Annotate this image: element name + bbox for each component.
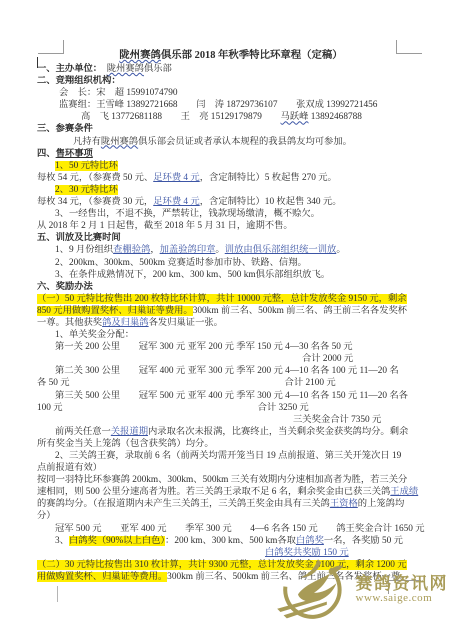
text-segment: 售环事项: [56, 149, 93, 159]
watermark-text: 赛鸽资讯网 www.saige.com: [356, 575, 452, 604]
text-segment: 马跃峰: [281, 112, 309, 122]
text-segment: 第三关 500 公里 冠军 500 元 亚军 400 元 季军 300 元 4—…: [55, 391, 408, 401]
doc-line: 所有奖金当关上笼鸽（包含获奖鸽）均分。: [37, 438, 425, 450]
text-segment: 加盖验鸽印章: [160, 245, 216, 255]
watermark-site-url: www.saige.com: [356, 593, 449, 605]
text-segment: 俱乐部会员证或者承认本规程的我县鸽友均可参加。: [138, 137, 352, 147]
text-segment: 从 2018 年 2 月 1 日起售，截至 2018 年 5 月 31 日，逾期…: [37, 221, 293, 231]
text-segment: 俱乐部 2018 年秋季特比环章程（定稿）: [161, 50, 343, 61]
text-segment: 300km 前三名、500km 前三名、鸽王前三名各发奖杯: [193, 306, 407, 316]
text-segment: 用做购置奖杯、归巢证等费用。: [37, 572, 167, 582]
text-segment: 各发归巢证一张。: [149, 318, 223, 328]
race-3-prizes: 第三关 500 公里 冠军 500 元 亚军 400 元 季军 300 元 4—…: [37, 390, 425, 402]
ring-item-3: 3、一经售出，不退不换，严禁转让，钱款现场缴清，概不赊欠。: [37, 208, 425, 220]
text-segment: 王资格: [330, 499, 358, 509]
doc-line: 从 2018 年 2 月 1 日起售，截至 2018 年 5 月 31 日，逾期…: [37, 220, 425, 232]
text-segment: 速相同，则 500 公里分速高者为胜。若三关鸽王录取不足 6 名，剩余奖金由已获…: [37, 487, 390, 497]
text-segment: ，含定制特比）5 枚起售 270 元。: [200, 173, 337, 183]
doc-line: 点前报道有效）: [37, 462, 425, 474]
text-segment: 三关奖金合计 7350 元: [293, 415, 381, 425]
section-4-heading: 四、售环事项: [37, 148, 425, 160]
pigeon-icon: [274, 556, 354, 624]
doc-line: 各 50 元合计 2100 元: [37, 377, 425, 389]
doc-line: 速相同，则 500 公里分速高者为胜。若三关鸽王录取不足 6 名，剩余奖金由已获…: [37, 486, 425, 498]
text-segment: 850 元用做购置奖杯、归巢证等费用。: [37, 306, 193, 316]
text-segment: 合计 2000 元: [302, 354, 353, 364]
text-segment: 一尊。其他获奖: [37, 318, 102, 328]
text-segment: 王成绩: [390, 487, 418, 497]
text-segment: 1、9 月份组织: [55, 245, 113, 255]
doc-line: 1、单关奖金分配：: [37, 329, 425, 341]
text-segment: 陇州赛鸽: [107, 64, 144, 74]
text-segment: 高 飞 13772681188 王 亮 15129179879: [81, 112, 281, 122]
text-segment: 四、: [37, 149, 56, 159]
text-segment: 各 50 元: [37, 378, 70, 388]
site-watermark: 赛鸽资讯网 www.saige.com: [274, 556, 452, 624]
text-segment: 每枚 34 元，（参赛费 30 元，: [37, 197, 153, 207]
text-segment: 一名，各奖励 50 元: [324, 536, 403, 546]
king-race-prizes: 冠军 500 元 亚军 400 元 季军 300 元 4—6 名各 150 元 …: [37, 523, 425, 535]
doc-line: 100 元合计 3250 元: [37, 402, 425, 414]
text-segment: 点前报道有效）: [37, 463, 102, 473]
text-segment: 按同一羽特比环参赛鸽 200km、300km、500km 三关有效期内分速相加高…: [37, 475, 407, 485]
text-segment: 2、三关鸽王赛，录取前 6 名（前两关均需开笼当日 19 点前报道、第三关开笼次…: [55, 451, 401, 461]
three-race-total: 三关奖金合计 7350 元: [37, 414, 425, 426]
text-segment: 3、一经售出，不退不换，严禁转让，钱款现场缴清，概不赊欠。: [55, 209, 320, 219]
watermark-site-name: 赛鸽资讯网: [356, 575, 449, 593]
text-segment: 冠军 500 元 亚军 400 元 季军 300 元 4—6 名各 150 元 …: [55, 524, 425, 534]
text-segment: 五、训放及比赛时间: [37, 233, 121, 243]
eligibility-line: 凡持有陇州赛鸽俱乐部会员证或者承认本规程的我县鸽友均可参加。: [37, 136, 425, 148]
doc-line: 3、在条件成熟情况下，200 km、300 km、500 km俱乐部组织放飞。: [37, 269, 425, 281]
text-segment: 的赛鸽均分。（在报道期内未产生三关鸽王，三关鸽王奖金由具有三关鸽: [37, 499, 330, 509]
text-segment: 训放由俱乐部组织统一训放: [225, 245, 337, 255]
doc-line: 850 元用做购置奖杯、归巢证等费用。300km 前三名、500km 前三名、鸽…: [37, 305, 425, 317]
doc-line: 前两关任意一关报道期内录取名次未报满，比赛终止，当关剩余奖金获奖鸽均分。剩余: [37, 426, 425, 438]
text-segment: （一）50 元特比按售出 200 枚特比环计算，共计 10000 元整，总计发放…: [37, 294, 407, 304]
text-segment: 1、50 元特比环: [55, 161, 118, 171]
text-segment: 关报道期: [111, 427, 148, 437]
text-segment: 三、参赛条件: [37, 124, 93, 134]
text-segment: 100 元: [37, 403, 63, 413]
text-segment: 1、单关奖金分配：: [55, 330, 134, 340]
text-segment: 内录取名次未报满，比赛终止，当关剩余奖金获奖鸽均分。剩余: [148, 427, 408, 437]
margin-mark-bottom-left: [57, 586, 58, 602]
race-1-prizes: 第一关 200 公里 冠军 300 元 亚军 200 元 季军 150 元 4—…: [37, 341, 425, 353]
text-segment: 合计 3250 元: [258, 403, 309, 413]
doc-line: 每枚 34 元，（参赛费 30 元，足环费 4 元，含定制特比）10 枚起售 3…: [37, 196, 425, 208]
section-5-heading: 五、训放及比赛时间: [37, 232, 425, 244]
section-2-heading: 二、竞翔组织机构：: [37, 75, 425, 87]
text-segment: ：200 km、300 km、500 km各取: [165, 536, 296, 546]
text-segment: 第一关 200 公里 冠军 300 元 亚军 200 元 季军 150 元 4—…: [55, 342, 353, 352]
text-segment: 。: [215, 245, 224, 255]
text-segment: 陇州赛鸽: [101, 137, 138, 147]
text-segment: 查棚验鸽: [113, 245, 150, 255]
text-segment: 前两关任意一: [55, 427, 111, 437]
referee-line-1: 监赛组：王雪峰 13892721668 闫 涛 18729736107 张双成 …: [37, 99, 425, 111]
text-segment: 足环费 4 元: [153, 197, 200, 207]
ring-item-2: 2、30 元特比环: [37, 184, 425, 196]
king-race-para: 2、三关鸽王赛，录取前 6 名（前两关均需开笼当日 19 点前报道、第三关开笼次…: [37, 450, 425, 462]
doc-line: 按同一羽特比环参赛鸽 200km、300km、500km 三关有效期内分速相加高…: [37, 474, 425, 486]
section-6-heading: 六、奖励办法: [37, 281, 425, 293]
text-segment: 每枚 54 元，（参赛费 50 元、: [37, 173, 153, 183]
text-segment: 2、30 元特比环: [55, 185, 118, 195]
text-segment: 的上笼鸽均: [358, 499, 405, 509]
doc-line: 的赛鸽均分。（在报道期内未产生三关鸽王，三关鸽王奖金由具有三关鸽王资格的上笼鸽均: [37, 498, 425, 510]
text-segment: 六、奖励办法: [37, 282, 93, 292]
doc-line: 合计 2000 元: [37, 353, 425, 365]
text-segment: 13892468788: [308, 112, 361, 122]
text-segment: 2、200km、300km、500km 竞赛适时参加市协、铁路、信翔。: [55, 258, 307, 268]
text-segment: ，含定制特比）10 枚起售 340 元。: [200, 197, 342, 207]
text-segment: 所有奖金当关上笼鸽（包含获奖鸽）均分。: [37, 439, 214, 449]
organizer-line: 一、主办单位： 陇州赛鸽俱乐部: [37, 63, 425, 75]
white-pigeon-award: 3、白鸽奖（90%以上白色）：200 km、300 km、500 km各取白鸽奖…: [37, 535, 425, 547]
section-3-heading: 三、参赛条件: [37, 123, 425, 135]
text-segment: 陇州赛鸽: [119, 50, 161, 61]
doc-line: 1、9 月份组织查棚验鸽，加盖验鸽印章。训放由俱乐部组织统一训放。: [37, 244, 425, 256]
text-segment: 会 长：宋 超 15991074790: [59, 88, 178, 98]
text-segment: 监赛组：王雪峰 13892721668 闫 涛 18729736107 张双成 …: [59, 100, 377, 110]
text-segment: 足环费 4 元: [153, 173, 200, 183]
doc-line: 一尊。其他获奖鸽及归巢鸽各发归巢证一张。: [37, 317, 425, 329]
text-segment: 凡持有: [73, 137, 101, 147]
document-page: 陇州赛鸽俱乐部 2018 年秋季特比环章程（定稿）一、主办单位： 陇州赛鸽俱乐部…: [0, 0, 452, 640]
text-segment: 白鸽奖（90%以上白色）: [69, 536, 165, 546]
ring-item-1: 1、50 元特比环: [37, 160, 425, 172]
award-50-para-1: （一）50 元特比按售出 200 枚特比环计算，共计 10000 元整，总计发放…: [37, 293, 425, 305]
text-segment: 白鸽奖: [296, 536, 324, 546]
referee-line-2: 高 飞 13772681188 王 亮 15129179879 马跃峰 1389…: [37, 111, 425, 123]
president-line: 会 长：宋 超 15991074790: [37, 87, 425, 99]
text-segment: 分）: [37, 511, 56, 521]
text-segment: 俱乐部: [144, 64, 172, 74]
doc-line: 每枚 54 元，（参赛费 50 元、足环费 4 元，含定制特比）5 枚起售 27…: [37, 172, 425, 184]
race-2-prizes: 第二关 300 公里 冠军 400 元 亚军 300 元 季军 200 元 4—…: [37, 365, 425, 377]
document-lines: 陇州赛鸽俱乐部 2018 年秋季特比环章程（定稿）一、主办单位： 陇州赛鸽俱乐部…: [37, 50, 425, 583]
text-segment: 二、竞翔组织机构：: [37, 76, 121, 86]
text-segment: 一、主办单位：: [37, 64, 107, 74]
doc-line: 2、200km、300km、500km 竞赛适时参加市协、铁路、信翔。: [37, 257, 425, 269]
text-segment: 。: [336, 245, 345, 255]
text-segment: 第二关 300 公里 冠军 400 元 亚军 300 元 季军 200 元 4—…: [55, 366, 399, 376]
text-segment: 鸽及归巢鸽: [102, 318, 149, 328]
doc-line: 分）: [37, 510, 425, 522]
text-segment: ，: [150, 245, 159, 255]
text-segment: 3、在条件成熟情况下，200 km、300 km、500 km俱乐部组织放飞。: [55, 270, 330, 280]
text-segment: 合计 2100 元: [285, 378, 336, 388]
text-segment: 3、: [55, 536, 69, 546]
doc-title: 陇州赛鸽俱乐部 2018 年秋季特比环章程（定稿）: [37, 50, 425, 63]
